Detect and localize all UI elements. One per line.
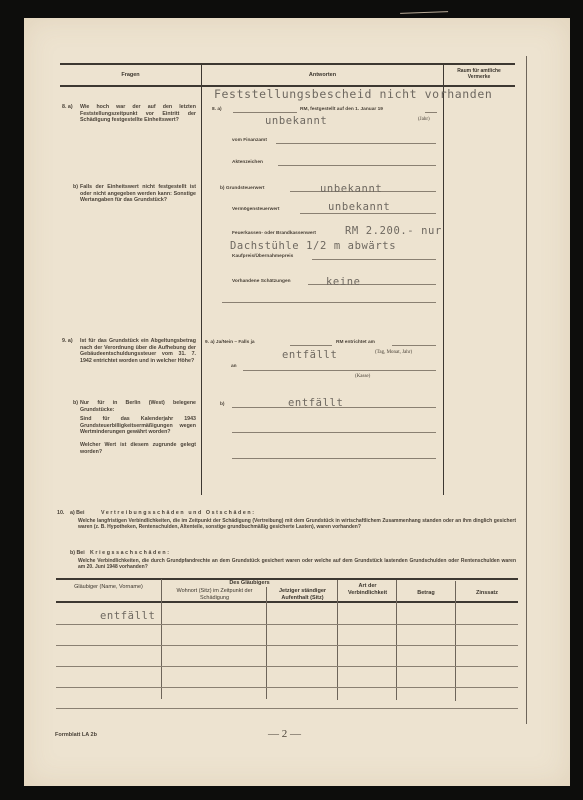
- a8-feuer-label: Feuerkassen- oder Brandkassenwert: [232, 231, 316, 236]
- a9a-typed: entfällt: [282, 349, 337, 361]
- a8b-grundsteuer-label: b) Grundsteuerwert: [220, 186, 265, 191]
- faint-stamp-mark: [400, 5, 448, 14]
- page-number: — 2 —: [268, 728, 301, 740]
- a8-vermoegen-field[interactable]: [300, 213, 436, 214]
- q10b-heading: Kriegssachschäden:: [90, 550, 171, 556]
- creditor-row-4[interactable]: [56, 667, 518, 687]
- header-vermerke: Raum für amtliche Vermerke: [446, 68, 512, 80]
- q9a-number: 9. a): [62, 338, 73, 344]
- a9a-label: 9. a) Ja/Nein – Falls ja: [205, 340, 255, 345]
- a9b-line-3[interactable]: [232, 458, 436, 459]
- a8a-jahr-hint: (Jahr): [418, 117, 430, 122]
- a9-kasse-hint: (Kasse): [355, 374, 370, 379]
- creditor-row-2[interactable]: [56, 625, 518, 645]
- table-top-rule: [60, 63, 515, 65]
- form-id: Formblatt LA 2b: [55, 732, 97, 738]
- q8b-text: Falls der Einheitswert nicht festgestell…: [80, 184, 196, 204]
- a8-schaetzungen-typed: keine: [326, 276, 361, 288]
- q8a-text: Wie hoch war der auf den letzten Festste…: [80, 104, 196, 124]
- a8-feuer-typed: RM 2.200.- nur: [345, 225, 442, 237]
- a9b-line-2[interactable]: [232, 432, 436, 433]
- q9b-number: b): [73, 400, 78, 406]
- a8-vermoegen-label: Vermögensteuerwert: [232, 207, 279, 212]
- q10a-prefix: a) Bei: [70, 510, 84, 516]
- q9b-text-1: Nur für in Berlin (West) belegene Grunds…: [80, 400, 196, 413]
- creditor-col-header-aufenthalt: Jetziger ständiger Aufenthalt (Sitz): [268, 588, 337, 602]
- a9-kasse-field[interactable]: [243, 370, 436, 371]
- header-antworten: Antworten: [202, 72, 443, 79]
- q8b-number: b): [73, 184, 78, 190]
- a8a-rm-text: RM, festgestellt auf den 1. Januar 19: [300, 107, 383, 112]
- a9a-rm-field[interactable]: [290, 345, 332, 346]
- creditor-row-3[interactable]: [56, 646, 518, 666]
- a9b-label: b): [220, 402, 225, 407]
- a8-kaufpreis-field[interactable]: [312, 259, 436, 260]
- creditor-row-line-5: [56, 708, 518, 709]
- a8-extra-line[interactable]: [222, 302, 436, 303]
- q10b-text: Welche Verbindlichkeiten, die durch Grun…: [78, 558, 516, 571]
- a8-finanzamt-label: vom Finanzamt: [232, 138, 267, 143]
- a8-finanzamt-field[interactable]: [276, 143, 436, 144]
- creditor-col-header-zinssatz: Zinssatz: [456, 590, 518, 597]
- divider-fragen-antworten: [201, 64, 202, 495]
- q9a-text: Ist für das Grundstück ein Abgeltungsbet…: [80, 338, 196, 364]
- q9b-text-3: Welcher Wert ist diesem zugrunde gelegt …: [80, 442, 196, 455]
- a8a-rm-field[interactable]: [233, 112, 297, 113]
- q10a-heading: Vertreibungsschäden und Ostschäden:: [101, 510, 256, 516]
- a8-typed-header: Feststellungsbescheid nicht vorhanden: [214, 87, 492, 101]
- a9a-date-field[interactable]: [392, 345, 436, 346]
- divider-antworten-vermerke: [443, 64, 444, 495]
- a8-kaufpreis-label: Kaufpreis/Übernahmepreis: [232, 254, 293, 259]
- a8b-grundsteuer-typed: unbekannt: [320, 183, 382, 195]
- a8-feuer-typed-line2: Dachstühle 1/2 m abwärts: [230, 240, 396, 252]
- q10-number: 10.: [57, 510, 64, 516]
- a8a-year-field[interactable]: [425, 112, 437, 113]
- a9a-date-hint: (Tag, Monat, Jahr): [375, 350, 412, 355]
- q10b-prefix: b) Bei: [70, 550, 85, 556]
- creditor-col-header-wohnort: Wohnort (Sitz) im Zeitpunkt der Schädigu…: [163, 588, 266, 602]
- creditor-row-5[interactable]: [56, 688, 518, 708]
- creditor-row-1-cell[interactable]: [56, 603, 161, 624]
- a8-aktenzeichen-label: Aktenzeichen: [232, 160, 263, 165]
- a9a-rm-text: RM entrichtet am: [336, 340, 375, 345]
- a8a-typed-value: unbekannt: [265, 115, 327, 127]
- q9b-text-2: Sind für das Kalenderjahr 1943 Grundsteu…: [80, 416, 196, 436]
- creditor-col-header-name: Gläubiger (Name, Vorname): [56, 584, 161, 591]
- q10a-text: Welche langfristigen Verbindlichkeiten, …: [78, 518, 516, 531]
- q8a-number: 8. a): [62, 104, 73, 110]
- a8-schaetzungen-label: Vorhandene Schätzungen: [232, 279, 291, 284]
- a8-aktenzeichen-field[interactable]: [278, 165, 436, 166]
- creditor-group-header: Des Gläubigers: [162, 580, 337, 587]
- creditor-col-header-betrag: Betrag: [397, 590, 455, 597]
- a9b-typed: entfällt: [288, 397, 343, 409]
- header-fragen: Fragen: [60, 72, 201, 79]
- a8a-label: 8. a): [212, 107, 222, 112]
- creditor-col-header-art: Art der Verbindlichkeit: [339, 583, 396, 597]
- a8-vermoegen-typed: unbekannt: [328, 201, 390, 213]
- a9-an-label: an: [231, 364, 237, 369]
- outer-right-rule: [526, 56, 527, 724]
